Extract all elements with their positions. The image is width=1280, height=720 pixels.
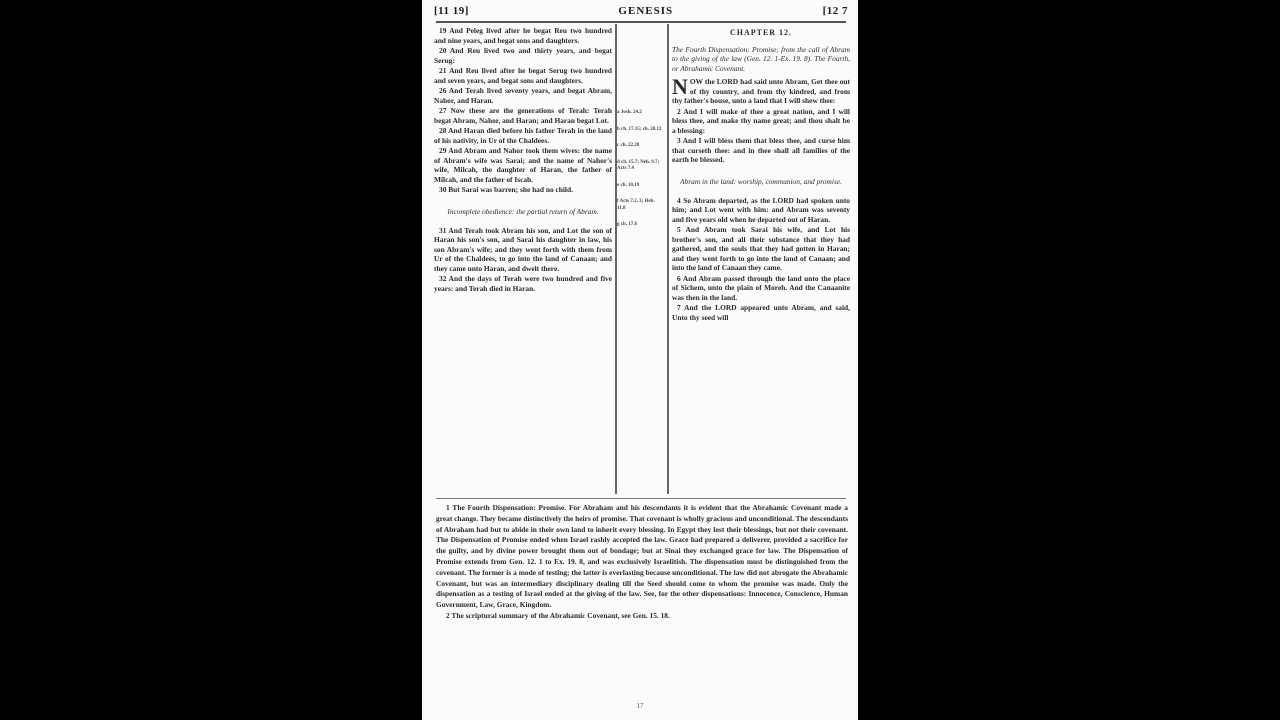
footnote: 1 The Fourth Dispensation: Promise. For … [436, 503, 848, 611]
verse: 19 And Peleg lived after he begat Reu tw… [434, 26, 612, 45]
chapter-summary: The Fourth Dispensation: Promise; from t… [672, 45, 850, 74]
cross-reference: e ch. 10.19 [617, 183, 663, 190]
verse: 2 And I will make of thee a great nation… [672, 107, 850, 136]
book-title: GENESIS [618, 5, 673, 17]
section-heading: Abram in the land: worship, communion, a… [678, 177, 844, 186]
cross-reference: c ch. 22.20 [617, 143, 663, 150]
verse: NOW the LORD had said unto Abram, Get th… [672, 77, 850, 106]
footnote-rule [436, 498, 846, 499]
verse: 28 And Haran died before his father Tera… [434, 126, 612, 145]
cross-reference: g ch. 17.6 [617, 222, 663, 229]
cross-reference-column: a Josh. 24.2 b ch. 17.15; ch. 20.12 c ch… [617, 110, 663, 239]
verse: 20 And Reu lived two and thirty years, a… [434, 46, 612, 65]
verse: 6 And Abram passed through the land unto… [672, 274, 850, 303]
verse: 26 And Terah lived seventy years, and be… [434, 86, 612, 105]
chapter-title: CHAPTER 12. [672, 28, 850, 38]
scanned-bible-page: [11 19] GENESIS [12 7 19 And Peleg lived… [422, 0, 858, 720]
verse: 4 So Abram departed, as the LORD had spo… [672, 196, 850, 225]
column-divider [615, 24, 617, 494]
verse: 5 And Abram took Sarai his wife, and Lot… [672, 225, 850, 273]
verse: 27 Now these are the generations of Tera… [434, 106, 612, 125]
verse: 3 And I will bless them that bless thee,… [672, 136, 850, 165]
drop-cap: N [672, 78, 688, 96]
footnotes: 1 The Fourth Dispensation: Promise. For … [436, 503, 848, 622]
cross-reference: d ch. 15.7; Neh. 9.7; Acts 7.4 [617, 160, 663, 173]
cross-reference: b ch. 17.15; ch. 20.12 [617, 127, 663, 134]
verse: 21 And Reu lived after he begat Serug tw… [434, 66, 612, 85]
right-text-column: CHAPTER 12. The Fourth Dispensation: Pro… [672, 26, 850, 496]
verse: 31 And Terah took Abram his son, and Lot… [434, 226, 612, 274]
verse: 29 And Abram and Nahor took them wives: … [434, 146, 612, 184]
verse: 7 And the LORD appeared unto Abram, and … [672, 303, 850, 322]
verse: 32 And the days of Terah were two hundre… [434, 274, 612, 293]
right-verse-ref: [12 7 [823, 5, 848, 17]
left-text-column: 19 And Peleg lived after he begat Reu tw… [434, 26, 612, 496]
cross-reference: a Josh. 24.2 [617, 110, 663, 117]
section-heading: Incomplete obedience: the partial return… [440, 207, 606, 216]
header-rule [436, 21, 846, 23]
cross-reference: f Acts 7.2, 3; Heb. 11.8 [617, 199, 663, 212]
page-number: 17 [422, 702, 858, 710]
verse: 30 But Sarai was barren; she had no chil… [434, 185, 612, 195]
column-divider [667, 24, 669, 494]
running-head: [11 19] GENESIS [12 7 [434, 3, 848, 19]
left-verse-ref: [11 19] [434, 5, 469, 17]
footnote: 2 The scriptural summary of the Abrahami… [436, 611, 848, 622]
